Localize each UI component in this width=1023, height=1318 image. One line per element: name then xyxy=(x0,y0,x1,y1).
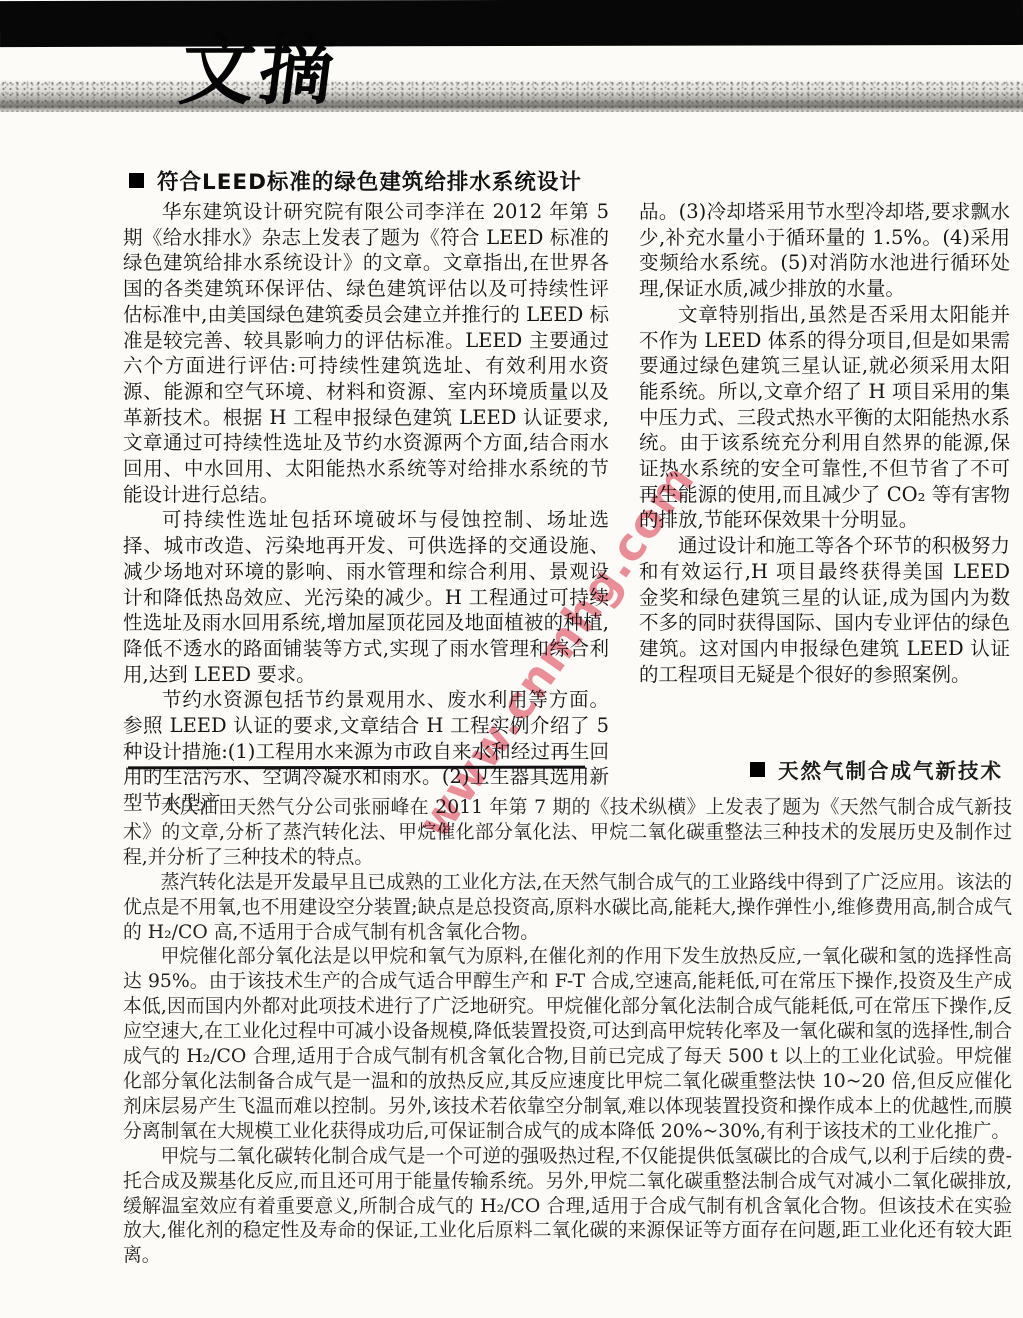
paragraph: 蒸汽转化法是开发最早且已成熟的工业化方法,在天然气制合成气的工业路线中得到了广泛… xyxy=(123,871,1012,946)
paragraph: 可持续性选址包括环境破坏与侵蚀控制、场址选择、城市改造、污染地再开发、可供选择的… xyxy=(123,507,609,687)
paragraph: 品。(3)冷却塔采用节水型冷却塔,要求飘水少,补充水量小于循环量的 1.5%。(… xyxy=(639,199,1010,302)
masthead-title: 文摘 xyxy=(176,33,343,110)
scanned-abstract-page: 文摘 符合LEED标准的绿色建筑给排水系统设计 华东建筑设计研究院有限公司李洋在… xyxy=(0,0,1023,1318)
title-bullet-icon xyxy=(129,173,144,188)
article1-left-column: 华东建筑设计研究院有限公司李洋在 2012 年第 5 期《给水排水》杂志上发表了… xyxy=(123,199,609,816)
paragraph: 大庆油田天然气分公司张丽峰在 2011 年第 7 期的《技术纵横》上发表了题为《… xyxy=(123,796,1012,871)
article1-title-text: 符合LEED标准的绿色建筑给排水系统设计 xyxy=(157,165,582,196)
paragraph: 甲烷与二氧化碳转化制合成气是一个可逆的强吸热过程,不仅能提供低氢碳比的合成气,以… xyxy=(123,1145,1012,1270)
title-bullet-icon xyxy=(750,762,765,777)
article1-body: 华东建筑设计研究院有限公司李洋在 2012 年第 5 期《给水排水》杂志上发表了… xyxy=(123,199,1010,816)
paragraph: 华东建筑设计研究院有限公司李洋在 2012 年第 5 期《给水排水》杂志上发表了… xyxy=(123,199,609,507)
paragraph: 甲烷催化部分氧化法是以甲烷和氧气为原料,在催化剂的作用下发生放热反应,一氧化碳和… xyxy=(123,945,1012,1144)
paragraph: 文章特别指出,虽然是否采用太阳能并不作为 LEED 体系的得分项目,但是如果需要… xyxy=(639,302,1010,533)
article2-body: 大庆油田天然气分公司张丽峰在 2011 年第 7 期的《技术纵横》上发表了题为《… xyxy=(123,796,1012,1269)
masthead-black-bar xyxy=(0,0,1023,47)
article1-title: 符合LEED标准的绿色建筑给排水系统设计 xyxy=(129,165,582,196)
article1-right-column: 品。(3)冷却塔采用节水型冷却塔,要求飘水少,补充水量小于循环量的 1.5%。(… xyxy=(639,199,1010,816)
article2-title: 天然气制合成气新技术 xyxy=(750,754,1003,784)
paragraph: 通过设计和施工等各个环节的积极努力和有效运行,H 项目最终获得美国 LEED 金… xyxy=(639,533,1010,687)
article2-title-text: 天然气制合成气新技术 xyxy=(778,754,1003,784)
masthead-texture-band xyxy=(0,80,1023,112)
